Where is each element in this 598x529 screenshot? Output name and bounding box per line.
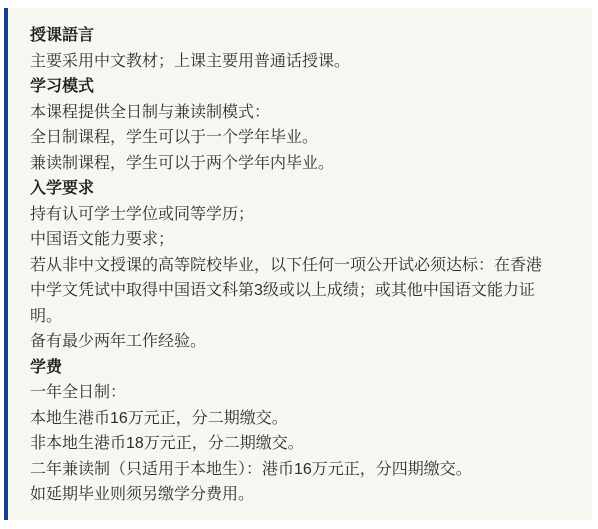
page: 授课語言主要采用中文教材；上课主要用普通话授课。学习模式本课程提供全日制与兼读制… [0,0,598,529]
section-line: 兼读制课程，学生可以于两个学年内毕业。 [30,151,544,177]
section-line: 全日制课程，学生可以于一个学年毕业。 [30,125,544,151]
section-line: 若从非中文授课的高等院校毕业，以下任何一项公开试必须达标：在香港中学文凭试中取得… [30,253,544,330]
section-heading: 授课語言 [30,23,544,49]
section-line: 非本地生港币18万元正，分二期缴交。 [30,431,544,457]
section-line: 二年兼读制（只适用于本地生）：港币16万元正，分四期缴交。 [30,457,544,483]
section-line: 中国语文能力要求； [30,227,544,253]
section-line: 本地生港币16万元正，分二期缴交。 [30,406,544,432]
section-heading: 学习模式 [30,74,544,100]
section-line: 如延期毕业则须另缴学分费用。 [30,482,544,508]
section-heading: 入学要求 [30,176,544,202]
section-heading: 学费 [30,355,544,381]
section-line: 本课程提供全日制与兼读制模式： [30,100,544,126]
section-line: 备有最少两年工作经验。 [30,329,544,355]
section-line: 持有认可学士学位或同等学历； [30,202,544,228]
course-info-panel: 授课語言主要采用中文教材；上课主要用普通话授课。学习模式本课程提供全日制与兼读制… [4,8,592,520]
section-line: 一年全日制： [30,380,544,406]
section-line: 主要采用中文教材；上课主要用普通话授课。 [30,49,544,75]
